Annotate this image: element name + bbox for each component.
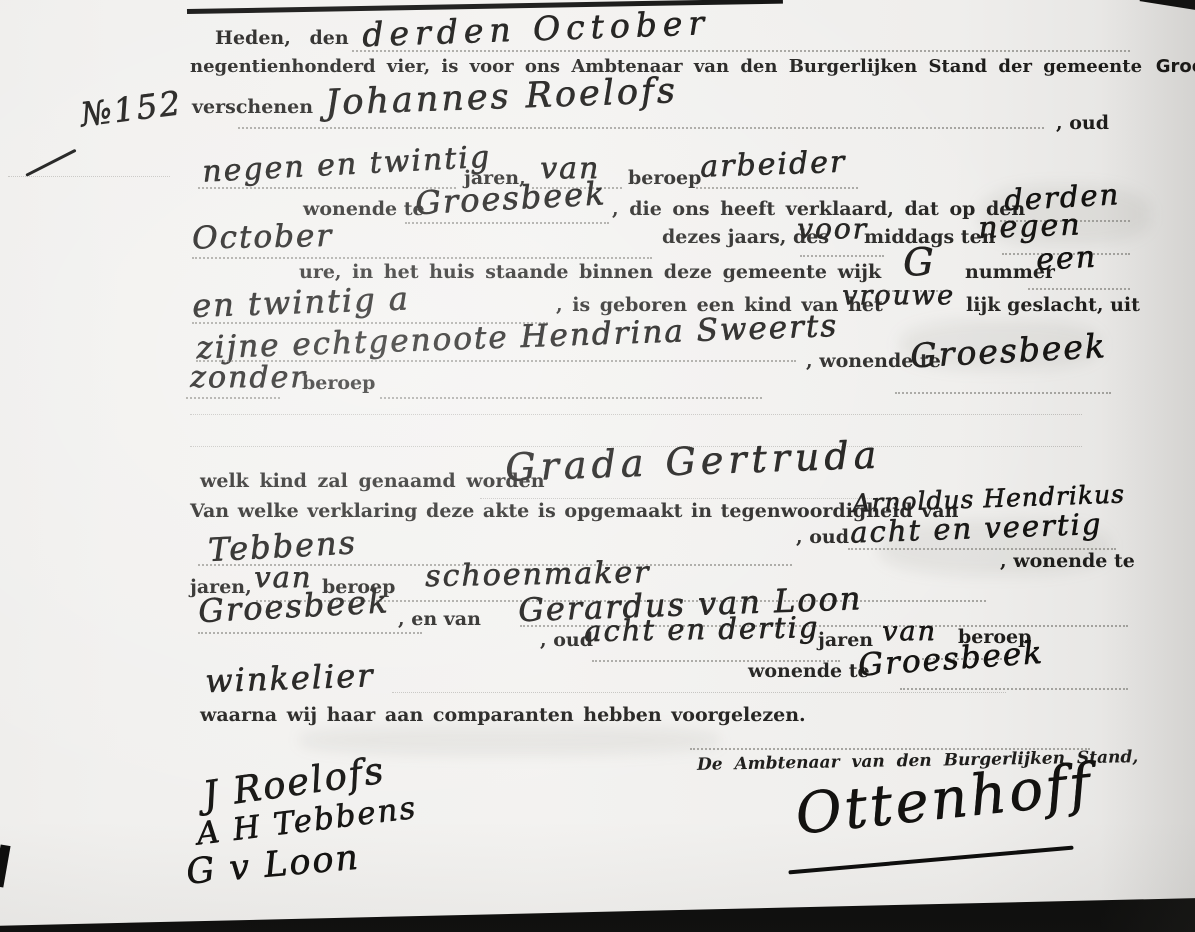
printed-label-wonende-te-4: wonende te xyxy=(748,662,870,681)
dotted-fill-line xyxy=(405,222,609,224)
printed-label-heden-den: Heden, den xyxy=(215,29,349,48)
printed-text-geslacht-suffix: lijk geslacht, uit xyxy=(966,296,1140,315)
handwritten-occupation-witness2: winkelier xyxy=(204,659,374,697)
dotted-fill-line xyxy=(696,187,858,189)
dotted-fill-line xyxy=(198,632,422,634)
printed-label-verschenen: verschenen xyxy=(192,98,313,117)
dotted-fill-line xyxy=(8,176,170,177)
handwritten-wijk-letter: G xyxy=(903,243,935,281)
printed-label-oud-1: , oud xyxy=(1056,114,1109,133)
printed-label-wonende-te-3: , wonende te xyxy=(1000,552,1135,571)
dotted-fill-line xyxy=(800,255,884,257)
handwritten-date: derden October xyxy=(362,6,711,51)
scan-edge-bottom xyxy=(0,888,1195,932)
dotted-fill-line xyxy=(1028,288,1130,290)
printed-label-beroep-1: beroep xyxy=(628,169,701,188)
printed-label-wonende-te-1: wonende te xyxy=(303,200,425,219)
handwritten-voor: voor xyxy=(797,215,868,243)
municipality-bold: Groesbeek, xyxy=(1156,56,1195,77)
dotted-fill-line xyxy=(380,397,762,399)
printed-label-welk-kind: welk kind zal genaamd worden xyxy=(200,472,545,491)
scanned-birth-record: №152 Heden, den derden October negentien… xyxy=(0,0,1195,932)
dotted-fill-line xyxy=(392,692,1006,693)
printed-label-en-van: , en van xyxy=(398,610,481,629)
act-number: №152 xyxy=(78,86,183,131)
handwritten-residence-declarant: Groesbeek xyxy=(414,177,607,219)
signature-underline-flourish xyxy=(788,846,1073,875)
handwritten-van-3: van xyxy=(882,618,937,645)
handwritten-residence-witness1: Groesbeek xyxy=(197,585,390,627)
handwritten-zonder: zonder xyxy=(190,363,307,393)
printed-label-oud-2: , oud xyxy=(796,528,849,547)
printed-text-verklaring: Van welke verklaring deze akte is opgema… xyxy=(190,502,958,521)
printed-line-year-official: negentienhonderd vier, is voor ons Ambte… xyxy=(190,58,1195,76)
handwritten-declarant-name: Johannes Roelofs xyxy=(324,74,678,121)
dotted-fill-line xyxy=(190,414,1082,415)
handwritten-birth-month: October xyxy=(192,221,333,254)
dotted-fill-line xyxy=(900,688,1128,690)
printed-text-closing: waarna wij haar aan comparanten hebben v… xyxy=(200,706,806,725)
dotted-fill-line xyxy=(192,257,652,259)
handwritten-occupation-declarant: arbeider xyxy=(700,147,847,182)
handwritten-age-witness2: acht en dertig xyxy=(584,613,820,646)
dotted-fill-line xyxy=(895,392,1111,394)
handwritten-child-name: Grada Gertruda xyxy=(504,435,881,486)
corner-mark xyxy=(1140,0,1195,11)
dotted-fill-line xyxy=(352,50,1130,52)
dotted-fill-line xyxy=(480,498,900,499)
dotted-fill-line xyxy=(238,127,1044,129)
handwritten-house-number-1: een xyxy=(1035,242,1097,275)
handwritten-geslacht: vrouwe xyxy=(842,282,955,309)
scan-edge-left xyxy=(0,844,11,887)
printed-label-beroep-2: beroep xyxy=(302,374,375,393)
handwritten-house-number-2: en twintig a xyxy=(192,282,411,322)
handwritten-birth-hour: negen xyxy=(978,210,1082,244)
handwritten-residence-mother: Groesbeek xyxy=(909,329,1107,372)
handwritten-age-witness1: acht en veertig xyxy=(850,510,1103,548)
pen-slash-mark xyxy=(25,149,76,177)
handwritten-age-declarant: negen en twintig xyxy=(201,142,491,187)
dotted-fill-line xyxy=(186,397,280,399)
